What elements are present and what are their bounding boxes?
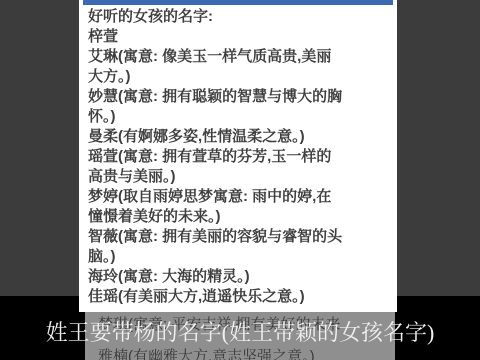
name-entry-line: 艾琳(寓意: 像美玉一样气质高贵,美丽 [88, 47, 390, 67]
name-entry-line: 佳瑶(有美丽大方,逍遥快乐之意。) [88, 287, 390, 307]
page-canvas: 好听的女孩的名字: 梓萱 艾琳(寓意: 像美玉一样气质高贵,美丽 大方。) 妙慧… [0, 0, 480, 360]
image-title: 好听的女孩的名字: [88, 7, 390, 27]
page-title-caption: 姓王要带杨的名字(姓王带颖的女孩名字) [0, 320, 480, 345]
name-entry-line: 瑶萱(寓意: 拥有萱草的芬芳,玉一样的 [88, 147, 390, 167]
name-entry-line: 憧憬着美好的未来。) [88, 207, 390, 227]
name-entry-line: 梦婷(取自雨婷思梦寓意: 雨中的婷,在 [88, 187, 390, 207]
name-entry-line: 海玲(寓意: 大海的精灵。) [88, 267, 390, 287]
name-entry-line: 曼柔(有婀娜多姿,性情温柔之意。) [88, 127, 390, 147]
name-entry-line: 脑。) [88, 247, 390, 267]
name-entry-line: 妙慧(寓意: 拥有聪颖的智慧与博大的胸 [88, 87, 390, 107]
baby-names-article-image: 好听的女孩的名字: 梓萱 艾琳(寓意: 像美玉一样气质高贵,美丽 大方。) 妙慧… [79, 0, 397, 312]
name-entry-line: 梓萱 [88, 27, 390, 47]
page-text-line: 雅楠(有幽雅大方,意志坚强之意。) [98, 345, 398, 360]
name-entry-line: 大方。) [88, 67, 390, 87]
name-entry-line: 智薇(寓意: 拥有美丽的容貌与睿智的头 [88, 227, 390, 247]
name-entry-line: 怀。) [88, 107, 390, 127]
name-entry-line: 高贵与美丽。) [88, 167, 390, 187]
image-accent-bar [83, 0, 393, 5]
image-text-block: 好听的女孩的名字: 梓萱 艾琳(寓意: 像美玉一样气质高贵,美丽 大方。) 妙慧… [88, 7, 390, 307]
